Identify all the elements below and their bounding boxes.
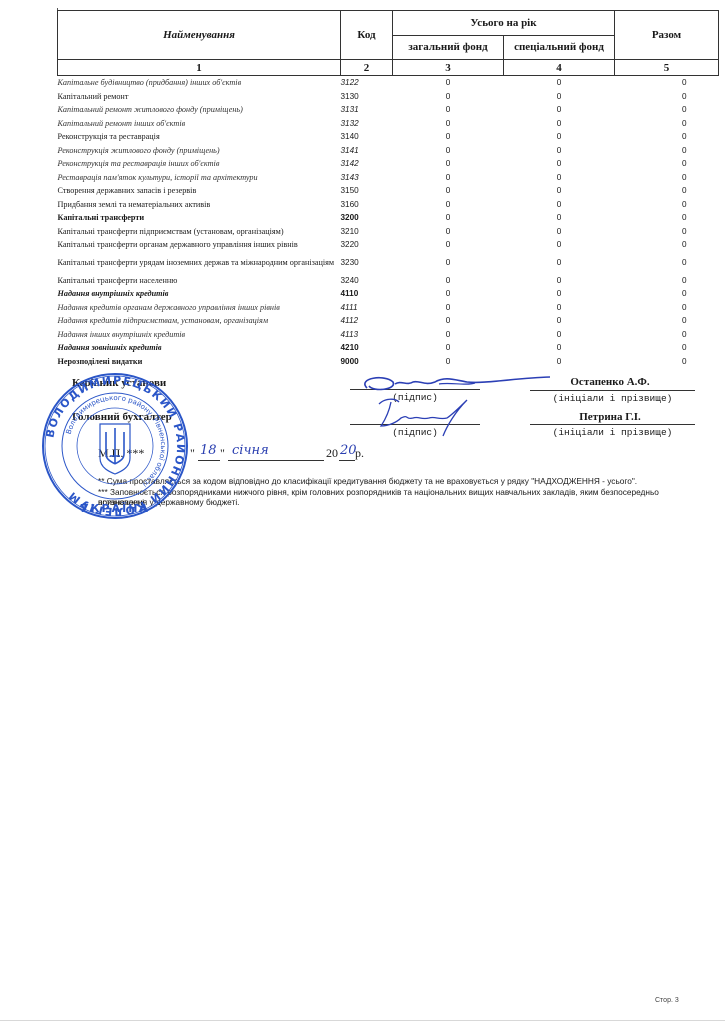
row-total: 0: [615, 184, 719, 198]
row-name: Капітальні трансферти: [58, 211, 341, 225]
stamp-bottom-text: УКРАЇНА: [80, 501, 150, 515]
row-special-fund: 0: [504, 314, 615, 328]
row-special-fund: 0: [504, 328, 615, 342]
row-code: 3210: [341, 225, 393, 239]
header-sum: Разом: [615, 11, 719, 60]
table-row: Капітальний ремонт житлового фонду (прим…: [58, 103, 719, 117]
table-row: Нерозподілені видатки9000000: [58, 355, 719, 369]
row-code: 3143: [341, 171, 393, 185]
row-total: 0: [615, 301, 719, 315]
table-row: Капітальні трансферти урядам іноземних д…: [58, 252, 719, 274]
row-total: 0: [615, 341, 719, 355]
row-special-fund: 0: [504, 171, 615, 185]
accountant-name-line: [530, 424, 695, 425]
row-total: 0: [615, 76, 719, 90]
row-total: 0: [615, 274, 719, 288]
row-special-fund: 0: [504, 355, 615, 369]
row-general-fund: 0: [393, 238, 504, 252]
row-name: Капітальний ремонт житлового фонду (прим…: [58, 103, 341, 117]
table-row: Реставрація пам'яток культури, історії т…: [58, 171, 719, 185]
table-row: Капітальні трансферти3200000: [58, 211, 719, 225]
row-name: Реконструкція та реставрація інших об'єк…: [58, 157, 341, 171]
row-general-fund: 0: [393, 103, 504, 117]
row-special-fund: 0: [504, 252, 615, 274]
table-row: Капітальні трансферти органам державного…: [58, 238, 719, 252]
row-special-fund: 0: [504, 287, 615, 301]
row-special-fund: 0: [504, 117, 615, 131]
row-code: 3160: [341, 198, 393, 212]
row-total: 0: [615, 130, 719, 144]
row-total: 0: [615, 287, 719, 301]
official-stamp: ВОЛОДИМИРЕЦЬКИЙ РАЙОННИЙ КОЛЕГІУМ Володи…: [40, 372, 190, 520]
row-general-fund: 0: [393, 130, 504, 144]
row-special-fund: 0: [504, 198, 615, 212]
row-code: 3200: [341, 211, 393, 225]
row-special-fund: 0: [504, 103, 615, 117]
row-general-fund: 0: [393, 341, 504, 355]
page-bottom-edge: [0, 1020, 725, 1021]
row-general-fund: 0: [393, 90, 504, 104]
row-code: 4112: [341, 314, 393, 328]
row-special-fund: 0: [504, 274, 615, 288]
row-total: 0: [615, 252, 719, 274]
table-row: Капітальний ремонт3130000: [58, 90, 719, 104]
row-code: 3150: [341, 184, 393, 198]
accountant-signature: [375, 392, 495, 437]
table-row: Реконструкція та реставрація інших об'єк…: [58, 157, 719, 171]
table-row: Капітальні трансферти підприємствам (уст…: [58, 225, 719, 239]
row-special-fund: 0: [504, 90, 615, 104]
row-general-fund: 0: [393, 211, 504, 225]
table-row: Придбання землі та нематеріальних активі…: [58, 198, 719, 212]
row-code: 4113: [341, 328, 393, 342]
table-row: Реконструкція житлового фонду (приміщень…: [58, 144, 719, 158]
row-special-fund: 0: [504, 238, 615, 252]
row-code: 3122: [341, 76, 393, 90]
row-special-fund: 0: [504, 184, 615, 198]
row-special-fund: 0: [504, 144, 615, 158]
page-number: Стор. 3: [655, 997, 679, 1004]
header-code: Код: [341, 11, 393, 60]
column-number-2: 2: [341, 60, 393, 76]
row-general-fund: 0: [393, 198, 504, 212]
row-general-fund: 0: [393, 171, 504, 185]
row-total: 0: [615, 355, 719, 369]
row-general-fund: 0: [393, 252, 504, 274]
date-year-end: р.: [355, 446, 364, 461]
row-general-fund: 0: [393, 144, 504, 158]
row-general-fund: 0: [393, 328, 504, 342]
header-total-year: Усього на рік: [393, 11, 615, 36]
table-row: Надання кредитів підприємствам, установа…: [58, 314, 719, 328]
row-name: Надання внутрішніх кредитів: [58, 287, 341, 301]
row-total: 0: [615, 328, 719, 342]
accountant-name-caption: (ініціали і прізвище): [530, 427, 695, 438]
row-code: 4110: [341, 287, 393, 301]
row-total: 0: [615, 117, 719, 131]
column-number-4: 4: [504, 60, 615, 76]
row-code: 3131: [341, 103, 393, 117]
row-total: 0: [615, 90, 719, 104]
header-name: Найменування: [58, 11, 341, 60]
column-number-5: 5: [615, 60, 719, 76]
row-name: Реконструкція та реставрація: [58, 130, 341, 144]
table-row: Реконструкція та реставрація3140000: [58, 130, 719, 144]
row-code: 4210: [341, 341, 393, 355]
row-general-fund: 0: [393, 157, 504, 171]
row-name: Капітальні трансферти органам державного…: [58, 238, 341, 252]
row-name: Надання зовнішніх кредитів: [58, 341, 341, 355]
row-total: 0: [615, 211, 719, 225]
accountant-name: Петрина Г.І.: [530, 411, 690, 423]
row-special-fund: 0: [504, 301, 615, 315]
row-name: Капітальні трансферти урядам іноземних д…: [58, 252, 341, 274]
row-code: 9000: [341, 355, 393, 369]
row-name: Капітальні трансферти підприємствам (уст…: [58, 225, 341, 239]
row-general-fund: 0: [393, 225, 504, 239]
table-row: Створення державних запасів і резервів31…: [58, 184, 719, 198]
row-general-fund: 0: [393, 117, 504, 131]
row-code: 3132: [341, 117, 393, 131]
row-name: Капітальні трансферти населенню: [58, 274, 341, 288]
table-row: Надання внутрішніх кредитів4110000: [58, 287, 719, 301]
row-name: Надання кредитів органам державного упра…: [58, 301, 341, 315]
row-general-fund: 0: [393, 184, 504, 198]
row-special-fund: 0: [504, 130, 615, 144]
row-special-fund: 0: [504, 225, 615, 239]
row-name: Створення державних запасів і резервів: [58, 184, 341, 198]
date-month-line: [228, 460, 324, 461]
date-year-prefix: 20: [326, 446, 338, 461]
row-special-fund: 0: [504, 211, 615, 225]
row-general-fund: 0: [393, 76, 504, 90]
row-name: Капітальний ремонт інших об'єктів: [58, 117, 341, 131]
row-special-fund: 0: [504, 76, 615, 90]
table-row: Надання зовнішніх кредитів4210000: [58, 341, 719, 355]
table-row: Надання кредитів органам державного упра…: [58, 301, 719, 315]
row-name: Капітальний ремонт: [58, 90, 341, 104]
row-code: 4111: [341, 301, 393, 315]
trident-icon: [100, 424, 130, 474]
table-row: Капітальні трансферти населенню3240000: [58, 274, 719, 288]
row-name: Надання кредитів підприємствам, установа…: [58, 314, 341, 328]
row-special-fund: 0: [504, 157, 615, 171]
header-general-fund: загальний фонд: [393, 35, 504, 60]
row-total: 0: [615, 225, 719, 239]
expenditure-table: Найменування Код Усього на рік Разом заг…: [57, 10, 719, 368]
row-total: 0: [615, 171, 719, 185]
row-name: Придбання землі та нематеріальних активі…: [58, 198, 341, 212]
column-number-1: 1: [58, 60, 341, 76]
row-code: 3230: [341, 252, 393, 274]
date-day: 18: [200, 443, 217, 458]
date-month: січня: [232, 443, 269, 458]
row-code: 3141: [341, 144, 393, 158]
column-number-3: 3: [393, 60, 504, 76]
row-general-fund: 0: [393, 274, 504, 288]
header-special-fund: спеціальний фонд: [504, 35, 615, 60]
row-name: Нерозподілені видатки: [58, 355, 341, 369]
row-code: 3130: [341, 90, 393, 104]
row-name: Реставрація пам'яток культури, історії т…: [58, 171, 341, 185]
date-quote-close: ": [220, 446, 225, 461]
date-day-line: [198, 460, 220, 461]
date-quote-open: ": [190, 446, 195, 461]
row-code: 3220: [341, 238, 393, 252]
row-general-fund: 0: [393, 355, 504, 369]
row-name: Капітальне будівництво (придбання) інших…: [58, 76, 341, 90]
row-code: 3140: [341, 130, 393, 144]
row-total: 0: [615, 238, 719, 252]
row-total: 0: [615, 103, 719, 117]
row-name: Реконструкція житлового фонду (приміщень…: [58, 144, 341, 158]
row-special-fund: 0: [504, 341, 615, 355]
row-general-fund: 0: [393, 287, 504, 301]
date-year-line: [339, 460, 355, 461]
row-general-fund: 0: [393, 301, 504, 315]
row-total: 0: [615, 314, 719, 328]
row-code: 3240: [341, 274, 393, 288]
row-total: 0: [615, 157, 719, 171]
row-name: Надання інших внутрішніх кредитів: [58, 328, 341, 342]
table-row: Капітальний ремонт інших об'єктів3132000: [58, 117, 719, 131]
row-code: 3142: [341, 157, 393, 171]
row-total: 0: [615, 198, 719, 212]
table-row: Капітальне будівництво (придбання) інших…: [58, 76, 719, 90]
row-general-fund: 0: [393, 314, 504, 328]
table-body: Капітальне будівництво (придбання) інших…: [58, 76, 719, 369]
row-total: 0: [615, 144, 719, 158]
table-row: Надання інших внутрішніх кредитів4113000: [58, 328, 719, 342]
